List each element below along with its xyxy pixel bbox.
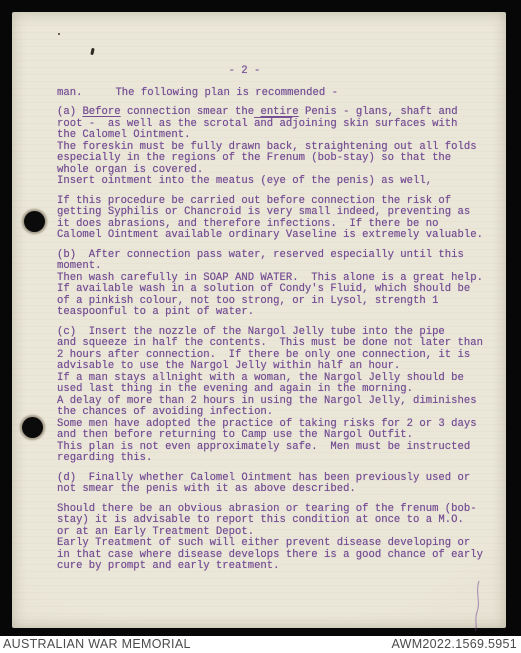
text-line: regarding this. xyxy=(57,453,486,465)
text-line: Insert ointment into the meatus (eye of … xyxy=(57,176,486,188)
text-line: (b) After connection pass water, reserve… xyxy=(57,250,486,262)
paragraph: (c) Insert the nozzle of the Nargol Jell… xyxy=(57,327,486,465)
ink-scratch-mark xyxy=(470,580,484,632)
paragraph: (b) After connection pass water, reserve… xyxy=(57,250,486,319)
text-line: not smear the penis with it as above des… xyxy=(57,484,486,496)
text-line: cure by prompt and early treatment. xyxy=(57,561,486,573)
intro-catchword: man. xyxy=(57,88,82,100)
catalog-footer: AUSTRALIAN WAR MEMORIAL AWM2022.1569.595… xyxy=(0,636,521,653)
paragraph: (a) Before connection smear the entire P… xyxy=(57,107,486,188)
intro-sentence: The following plan is recommended - xyxy=(115,88,338,100)
paragraph: If this procedure be carried out before … xyxy=(57,196,486,242)
intro-line: man. The following plan is recommended - xyxy=(57,88,486,100)
text-line: teaspoonful to a pint of water. xyxy=(57,307,486,319)
intro-gap xyxy=(82,88,115,100)
paper-speck xyxy=(58,33,60,35)
institution-name: AUSTRALIAN WAR MEMORIAL xyxy=(3,637,191,651)
hole-punch-bottom xyxy=(22,417,43,438)
paragraph: Should there be an obvious abrasion or t… xyxy=(57,504,486,573)
document-paper: - 2 - man. The following plan is recomme… xyxy=(12,12,506,628)
page-number: - 2 - xyxy=(30,66,459,78)
paper-speck xyxy=(90,48,94,55)
scanned-document-page: - 2 - man. The following plan is recomme… xyxy=(0,0,521,653)
paragraph: (d) Finally whether Calomel Ointment has… xyxy=(57,473,486,496)
text-line: Calomel Ointment available ordinary Vase… xyxy=(57,230,486,242)
catalog-number: AWM2022.1569.5951 xyxy=(391,637,517,651)
document-body: (a) Before connection smear the entire P… xyxy=(57,107,486,573)
hole-punch-top xyxy=(24,211,45,232)
